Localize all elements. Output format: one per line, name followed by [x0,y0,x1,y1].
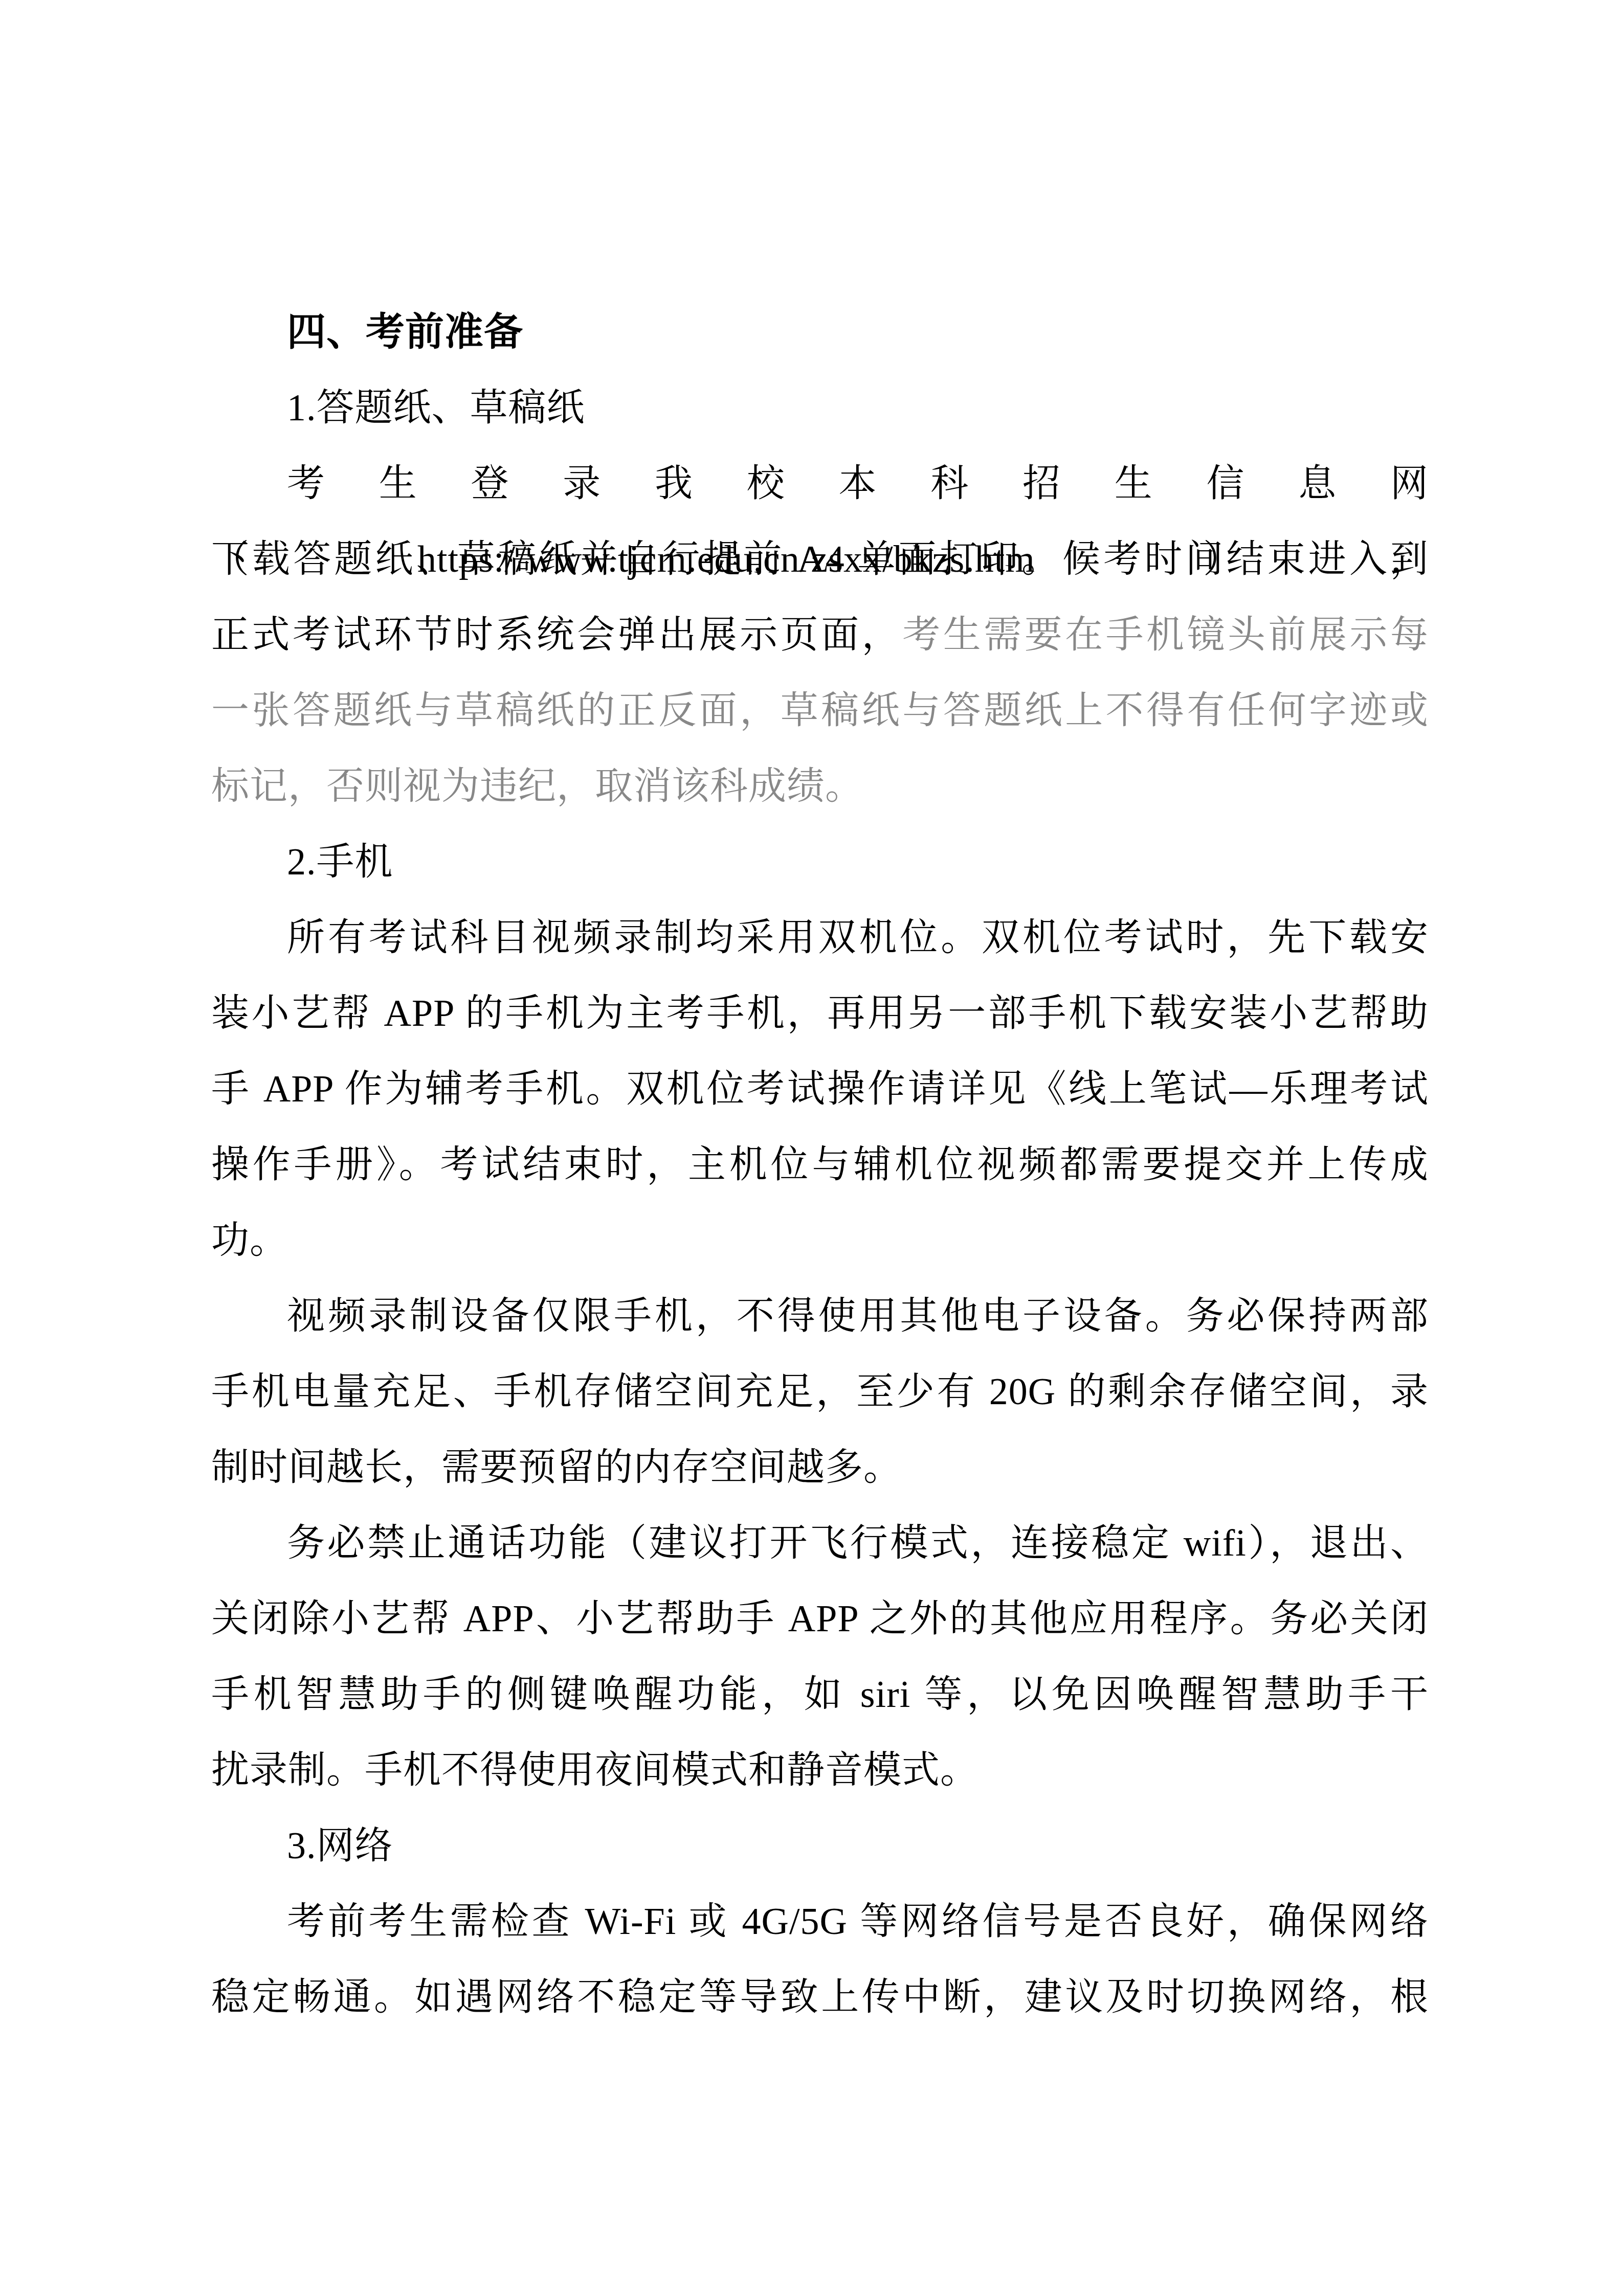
document-page: 四、考前准备1.答题纸、草稿纸考生登录我校本科招生信息网（https://www… [0,0,1624,2296]
text-segment: 2.手机 [287,841,393,883]
text-line: 扰录制。手机不得使用夜间模式和静音模式。 [211,1732,1429,1808]
text-line: 手机智慧助手的侧键唤醒功能，如 siri 等，以免因唤醒智慧助手干 [211,1657,1429,1732]
text-segment: 3.网络 [287,1825,393,1867]
text-segment-gray: 考生需要在手机镜头前展示每 [902,614,1429,656]
text-segment: 扰录制。手机不得使用夜间模式和静音模式。 [211,1749,978,1791]
text-line: 标记，否则视为违纪，取消该科成绩。 [211,749,1429,824]
text-segment: 考前考生需检查 Wi-Fi 或 4G/5G 等网络信号是否良好，确保网络 [287,1901,1429,1943]
text-segment: 稳定畅通。如遇网络不稳定等导致上传中断，建议及时切换网络，根 [211,1976,1429,2018]
text-line: 考生登录我校本科招生信息网（https://www.tjcm.edu.cn/zs… [211,446,1429,522]
text-line: 手机电量充足、手机存储空间充足，至少有 20G 的剩余存储空间，录 [211,1354,1429,1430]
text-segment-gray: 一张答题纸与草稿纸的正反面，草稿纸与答题纸上不得有任何字迹或 [211,690,1429,732]
text-line: 稳定畅通。如遇网络不稳定等导致上传中断，建议及时切换网络，根 [211,1960,1429,2035]
text-segment: 手机智慧助手的侧键唤醒功能，如 siri 等，以免因唤醒智慧助手干 [211,1674,1429,1716]
document-body: 四、考前准备1.答题纸、草稿纸考生登录我校本科招生信息网（https://www… [211,295,1429,2035]
text-segment: 所有考试科目视频录制均采用双机位。双机位考试时，先下载安 [287,917,1429,959]
text-segment: 装小艺帮 APP 的手机为主考手机，再用另一部手机下载安装小艺帮助 [211,993,1429,1034]
text-segment: 手 APP 作为辅考手机。双机位考试操作请详见《线上笔试—乐理考试 [211,1068,1429,1110]
text-line: 正式考试环节时系统会弹出展示页面，考生需要在手机镜头前展示每 [211,597,1429,673]
text-segment: 1.答题纸、草稿纸 [287,387,585,429]
section-heading: 四、考前准备 [211,295,1429,370]
text-line: 功。 [211,1203,1429,1278]
text-line: 下载答题纸、草稿纸并自行提前 A4 单面打印。候考时间结束进入到 [211,522,1429,597]
text-segment: 功。 [211,1220,288,1262]
text-line: 一张答题纸与草稿纸的正反面，草稿纸与答题纸上不得有任何字迹或 [211,673,1429,749]
text-segment-gray: 标记，否则视为违纪，取消该科成绩。 [211,766,863,807]
text-line: 所有考试科目视频录制均采用双机位。双机位考试时，先下载安 [211,900,1429,976]
subsection-heading: 3.网络 [211,1808,1429,1884]
text-line: 操作手册》。考试结束时，主机位与辅机位视频都需要提交并上传成 [211,1127,1429,1203]
text-segment: 务必禁止通话功能（建议打开飞行模式，连接稳定 wifi），退出、 [287,1522,1429,1564]
text-line: 关闭除小艺帮 APP、小艺帮助手 APP 之外的其他应用程序。务必关闭 [211,1581,1429,1657]
text-line: 视频录制设备仅限手机，不得使用其他电子设备。务必保持两部 [211,1278,1429,1354]
text-segment: 手机电量充足、手机存储空间充足，至少有 20G 的剩余存储空间，录 [211,1371,1429,1413]
text-segment: 制时间越长，需要预留的内存空间越多。 [211,1447,902,1489]
text-segment: 关闭除小艺帮 APP、小艺帮助手 APP 之外的其他应用程序。务必关闭 [211,1598,1429,1640]
text-segment: 下载答题纸、草稿纸并自行提前 A4 单面打印。候考时间结束进入到 [211,538,1429,580]
text-segment: 正式考试环节时系统会弹出展示页面， [211,614,902,656]
subsection-heading: 2.手机 [211,824,1429,900]
text-line: 考前考生需检查 Wi-Fi 或 4G/5G 等网络信号是否良好，确保网络 [211,1884,1429,1960]
text-line: 手 APP 作为辅考手机。双机位考试操作请详见《线上笔试—乐理考试 [211,1051,1429,1127]
text-line: 制时间越长，需要预留的内存空间越多。 [211,1430,1429,1505]
text-segment: 操作手册》。考试结束时，主机位与辅机位视频都需要提交并上传成 [211,1144,1429,1186]
text-line: 务必禁止通话功能（建议打开飞行模式，连接稳定 wifi），退出、 [211,1505,1429,1581]
text-segment: 四、考前准备 [287,310,523,354]
text-line: 装小艺帮 APP 的手机为主考手机，再用另一部手机下载安装小艺帮助 [211,976,1429,1051]
text-segment: 视频录制设备仅限手机，不得使用其他电子设备。务必保持两部 [287,1295,1429,1337]
subsection-heading: 1.答题纸、草稿纸 [211,370,1429,446]
